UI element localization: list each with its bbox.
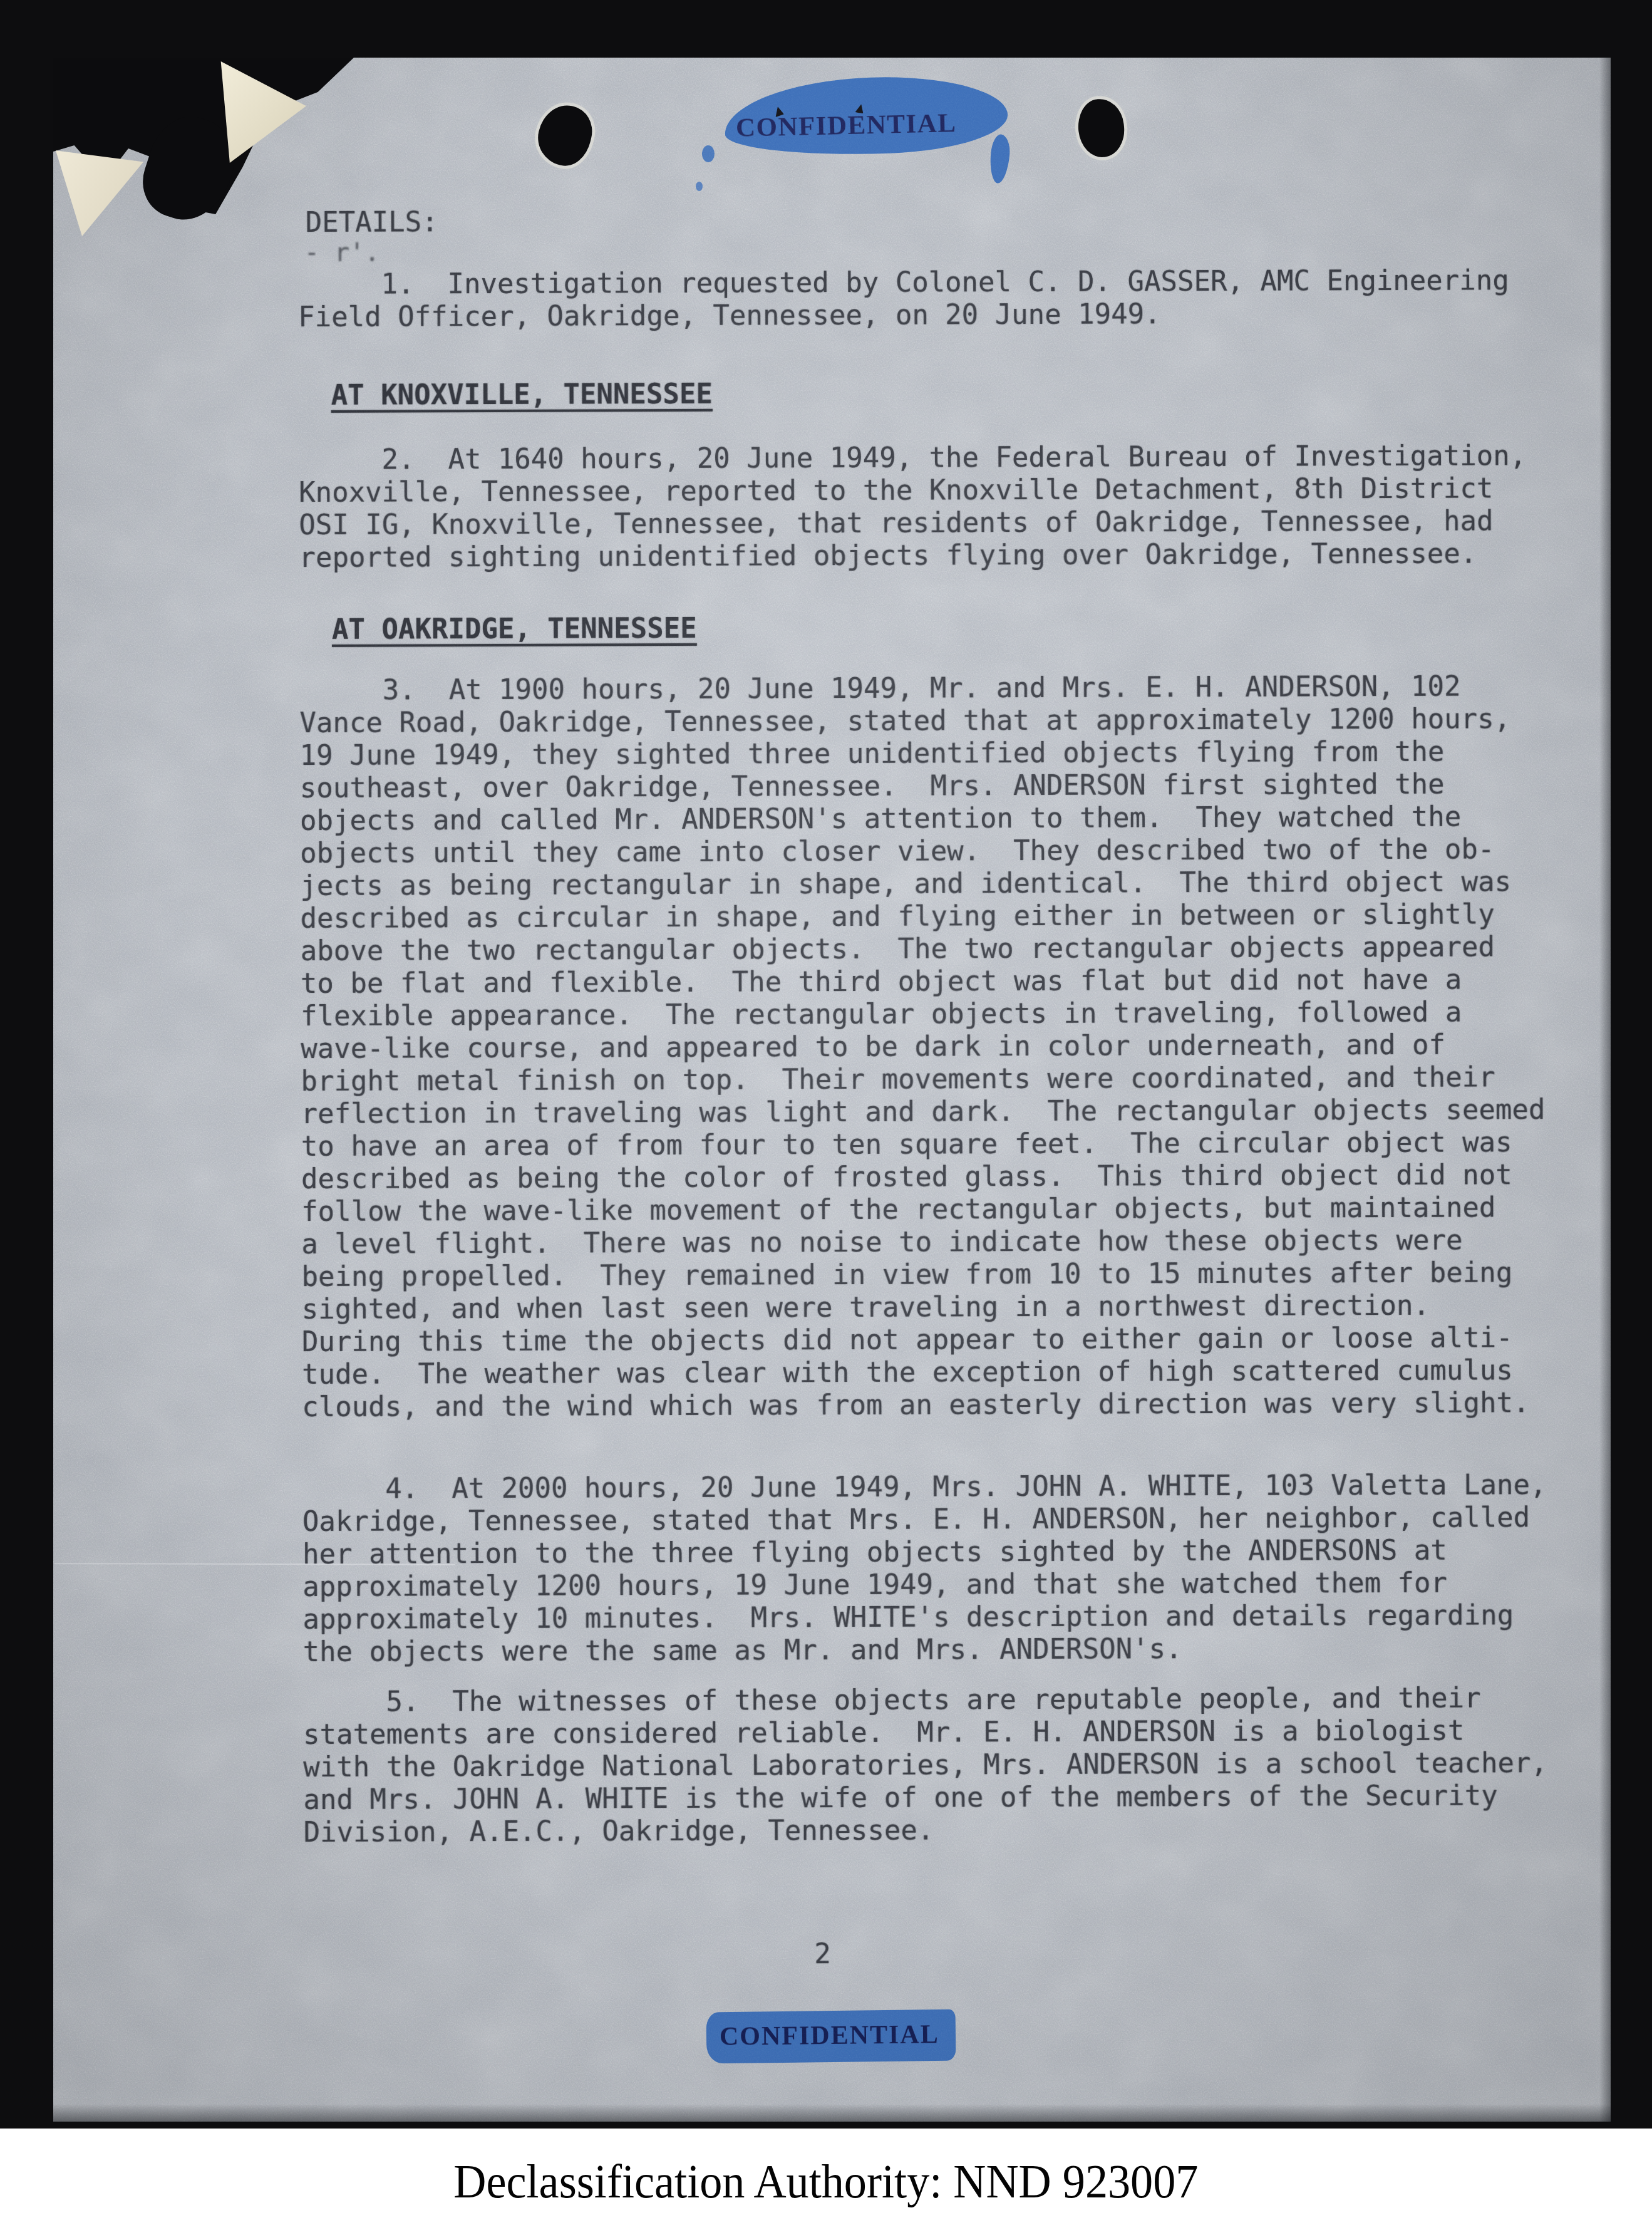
paragraph-1: 1. Investigation requested by Colonel C.… bbox=[298, 264, 1509, 334]
stray-type-marks: - r'. bbox=[304, 237, 380, 269]
section-heading-knoxville: AT KNOXVILLE, TENNESSEE bbox=[331, 378, 713, 412]
section-heading-oakridge: AT OAKRIDGE, TENNESSEE bbox=[332, 613, 697, 646]
paragraph-2: 2. At 1640 hours, 20 June 1949, the Fede… bbox=[299, 440, 1527, 574]
scan-background: CONFIDENTIAL DETAILS: 1. Investigation r… bbox=[0, 0, 1652, 2235]
typed-page-body: DETAILS: 1. Investigation requested by C… bbox=[53, 58, 1611, 2122]
paragraph-4: 4. At 2000 hours, 20 June 1949, Mrs. JOH… bbox=[302, 1469, 1547, 1669]
paragraph-5: 5. The witnesses of these objects are re… bbox=[303, 1682, 1548, 1849]
declassification-footer: Declassification Authority: NND 923007 bbox=[0, 2129, 1652, 2235]
page-number: 2 bbox=[814, 1938, 831, 1971]
confidential-stamp-bottom: CONFIDENTIAL bbox=[720, 2020, 939, 2052]
paper-edge-shadow-bottom bbox=[53, 2104, 1611, 2122]
details-heading: DETAILS: bbox=[306, 206, 438, 239]
paper: CONFIDENTIAL DETAILS: 1. Investigation r… bbox=[53, 58, 1611, 2122]
paper-edge-shadow-right bbox=[1599, 58, 1611, 2122]
paragraph-3: 3. At 1900 hours, 20 June 1949, Mr. and … bbox=[299, 670, 1546, 1424]
declassification-footer-text: Declassification Authority: NND 923007 bbox=[453, 2155, 1198, 2209]
